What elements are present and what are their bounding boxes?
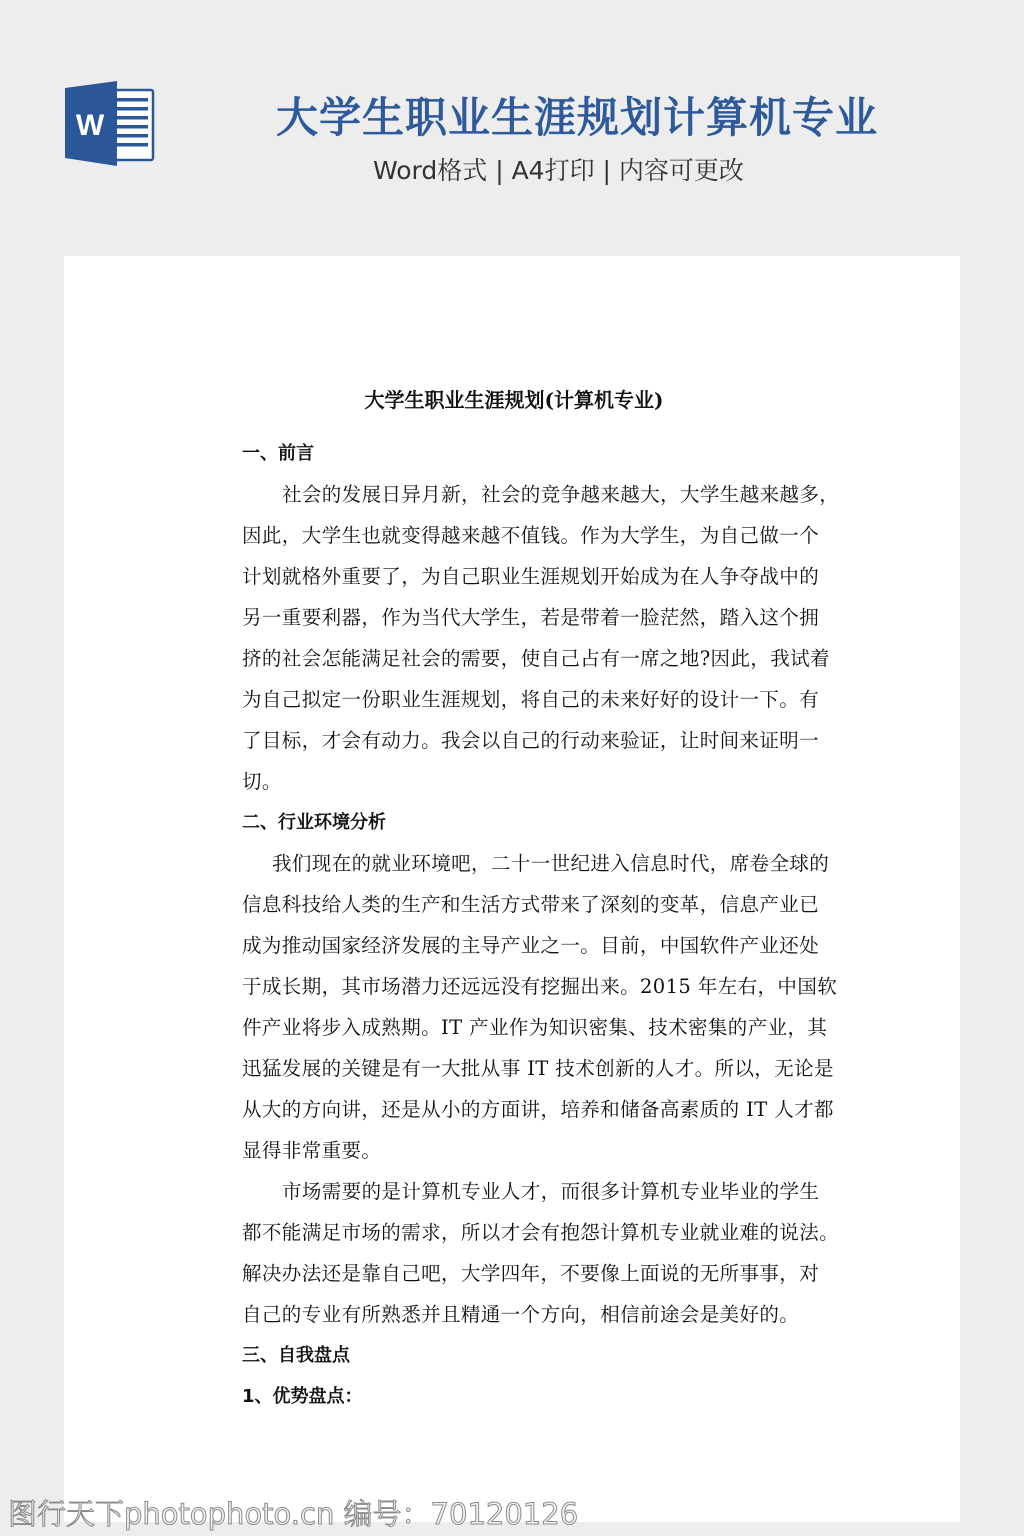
document-title: 大学生职业生涯规划(计算机专业)	[202, 380, 826, 421]
text-line: 我们现在的就业环境吧，二十一世纪进入信息时代，席卷全球的	[202, 843, 826, 884]
text-line: 迅猛发展的关键是有一大批从事 IT 技术创新的人才。所以，无论是	[202, 1048, 826, 1089]
text-line: 因此，大学生也就变得越来越不值钱。作为大学生，为自己做一个	[202, 515, 826, 556]
section-heading: 三、自我盘点	[202, 1335, 826, 1376]
paragraph: 我们现在的就业环境吧，二十一世纪进入信息时代，席卷全球的 信息科技给人类的生产和…	[202, 843, 826, 1171]
svg-text:W: W	[76, 109, 105, 142]
text-line: 显得非常重要。	[202, 1130, 826, 1171]
subsection-heading: 1、优势盘点：	[202, 1376, 826, 1417]
section-heading: 一、前言	[202, 433, 826, 474]
text-line: 解决办法还是靠自己吧，大学四年，不要像上面说的无所事事，对	[202, 1253, 826, 1294]
text-line: 都不能满足市场的需求，所以才会有抱怨计算机专业就业难的说法。	[202, 1212, 826, 1253]
text-line: 挤的社会怎能满足社会的需要，使自己占有一席之地?因此，我试着	[202, 638, 826, 679]
text-line: 市场需要的是计算机专业人才，而很多计算机专业毕业的学生	[202, 1171, 826, 1212]
text-line: 社会的发展日异月新，社会的竞争越来越大，大学生越来越多，	[202, 474, 826, 515]
text-line: 了目标，才会有动力。我会以自己的行动来验证，让时间来证明一	[202, 720, 826, 761]
paragraph: 社会的发展日异月新，社会的竞争越来越大，大学生越来越多， 因此，大学生也就变得越…	[202, 474, 826, 802]
text-line: 成为推动国家经济发展的主导产业之一。目前，中国软件产业还处	[202, 925, 826, 966]
text-line: 为自己拟定一份职业生涯规划，将自己的未来好好的设计一下。有	[202, 679, 826, 720]
text-line: 计划就格外重要了，为自己职业生涯规划开始成为在人争夺战中的	[202, 556, 826, 597]
text-line: 从大的方向讲，还是从小的方面讲，培养和储备高素质的 IT 人才都	[202, 1089, 826, 1130]
page-subtitle: Word格式 | A4打印 | 内容可更改	[373, 154, 744, 188]
paragraph: 市场需要的是计算机专业人才，而很多计算机专业毕业的学生 都不能满足市场的需求，所…	[202, 1171, 826, 1335]
word-icon: W	[64, 80, 156, 166]
section-heading: 二、行业环境分析	[202, 802, 826, 843]
text-line: 自己的专业有所熟悉并且精通一个方向，相信前途会是美好的。	[202, 1294, 826, 1335]
text-line: 于成长期，其市场潜力还远远没有挖掘出来。2015 年左右，中国软	[202, 966, 826, 1007]
page-title: 大学生职业生涯规划计算机专业	[276, 92, 878, 144]
text-line: 另一重要利器，作为当代大学生，若是带着一脸茫然，踏入这个拥	[202, 597, 826, 638]
document-body: 大学生职业生涯规划(计算机专业) 一、前言 社会的发展日异月新，社会的竞争越来越…	[202, 380, 826, 1417]
document-page: 大学生职业生涯规划(计算机专业) 一、前言 社会的发展日异月新，社会的竞争越来越…	[64, 256, 960, 1522]
text-line: 信息科技给人类的生产和生活方式带来了深刻的变革，信息产业已	[202, 884, 826, 925]
watermark: 图行天下photophoto.cn 编号：70120126	[8, 1492, 578, 1533]
text-line: 切。	[202, 761, 826, 802]
text-line: 件产业将步入成熟期。IT 产业作为知识密集、技术密集的产业，其	[202, 1007, 826, 1048]
